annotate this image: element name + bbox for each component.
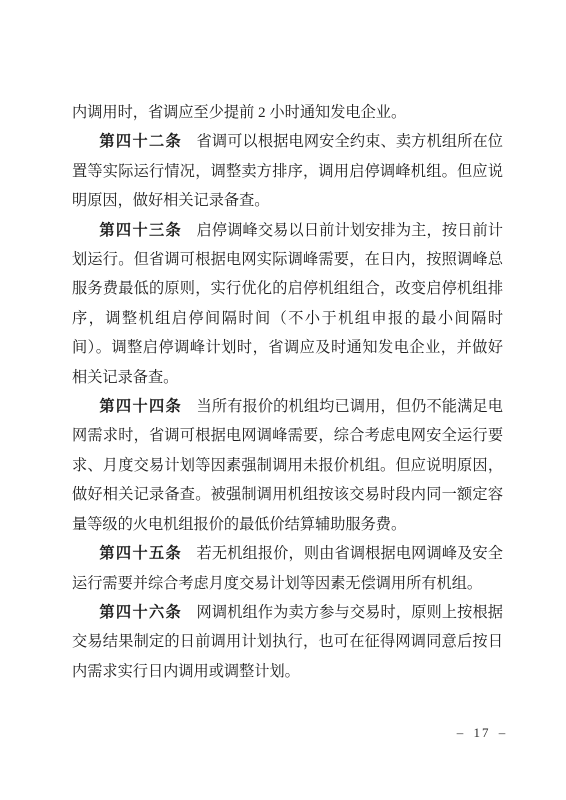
paragraph-continuation: 内调用时，省调应至少提前 2 小时通知发电企业。 [72, 98, 503, 127]
article-42-paragraph: 第四十二条省调可以根据电网安全约束、卖方机组所在位置等实际运行情况，调整卖方排序… [72, 127, 503, 215]
article-43-number: 第四十三条 [99, 222, 182, 239]
article-46-paragraph: 第四十六条网调机组作为卖方参与交易时，原则上按根据交易结果制定的日前调用计划执行… [72, 598, 503, 686]
page-number: – 17 – [417, 724, 547, 742]
article-46-number: 第四十六条 [99, 604, 182, 621]
article-44-paragraph: 第四十四条当所有报价的机组均已调用，但仍不能满足电网需求时，省调可根据电网调峰需… [72, 392, 503, 539]
paragraph-continuation-text: 内调用时，省调应至少提前 2 小时通知发电企业。 [72, 104, 406, 121]
document-body: 内调用时，省调应至少提前 2 小时通知发电企业。 第四十二条省调可以根据电网安全… [72, 98, 503, 686]
article-44-number: 第四十四条 [99, 398, 182, 415]
article-43-paragraph: 第四十三条启停调峰交易以日前计划安排为主，按日前计划运行。但省调可根据电网实际调… [72, 216, 503, 392]
article-42-number: 第四十二条 [99, 133, 182, 150]
document-page: 内调用时，省调应至少提前 2 小时通知发电企业。 第四十二条省调可以根据电网安全… [0, 0, 566, 800]
article-45-number: 第四十五条 [99, 545, 182, 562]
article-43-text: 启停调峰交易以日前计划安排为主，按日前计划运行。但省调可根据电网实际调峰需要，在… [72, 222, 503, 386]
article-45-paragraph: 第四十五条若无机组报价，则由省调根据电网调峰及安全运行需要并综合考虑月度交易计划… [72, 539, 503, 598]
article-44-text: 当所有报价的机组均已调用，但仍不能满足电网需求时，省调可根据电网调峰需要，综合考… [72, 398, 503, 533]
